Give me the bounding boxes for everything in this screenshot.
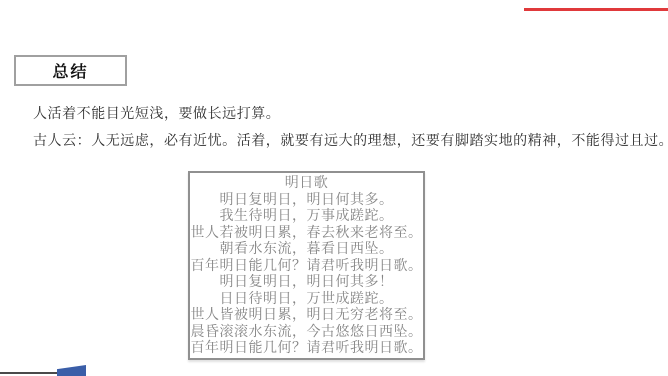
poem-line: 日日待明日，万世成蹉跎。 (190, 292, 423, 309)
section-title: 总结 (52, 59, 88, 82)
bottom-left-blue-shape (57, 365, 86, 376)
poem-title: 明日歌 (190, 176, 423, 193)
poem-line: 世人皆被明日累，明日无穷老将至。 (190, 308, 423, 325)
poem-line: 晨昏滚滚水东流，今古悠悠日西坠。 (190, 325, 423, 342)
section-title-box: 总结 (14, 55, 127, 86)
poem-line: 明日复明日，明日何其多！ (190, 275, 423, 292)
poem-line: 百年明日能几何？请君听我明日歌。 (190, 341, 423, 358)
body-text-block: 人活着不能目光短浅，要做长远打算。 古人云：人无远虑，必有近忧。活着，就要有远大… (33, 100, 663, 154)
bottom-left-line (0, 372, 57, 374)
poem-box: 明日歌 明日复明日，明日何其多。 我生待明日，万事成蹉跎。 世人若被明日累，春去… (188, 171, 425, 360)
poem-line: 朝看水东流，暮看日西坠。 (190, 242, 423, 259)
body-line-2: 古人云：人无远虑，必有近忧。活着，就要有远大的理想，还要有脚踏实地的精神，不能得… (33, 127, 663, 154)
poem-line: 百年明日能几何？请君听我明日歌。 (190, 259, 423, 276)
presentation-slide: 总结 人活着不能目光短浅，要做长远打算。 古人云：人无远虑，必有近忧。活着，就要… (0, 0, 668, 376)
poem-line: 我生待明日，万事成蹉跎。 (190, 209, 423, 226)
body-line-1: 人活着不能目光短浅，要做长远打算。 (33, 100, 663, 127)
top-right-accent-line (524, 8, 668, 11)
poem-line: 世人若被明日累，春去秋来老将至。 (190, 226, 423, 243)
poem-line: 明日复明日，明日何其多。 (190, 193, 423, 210)
